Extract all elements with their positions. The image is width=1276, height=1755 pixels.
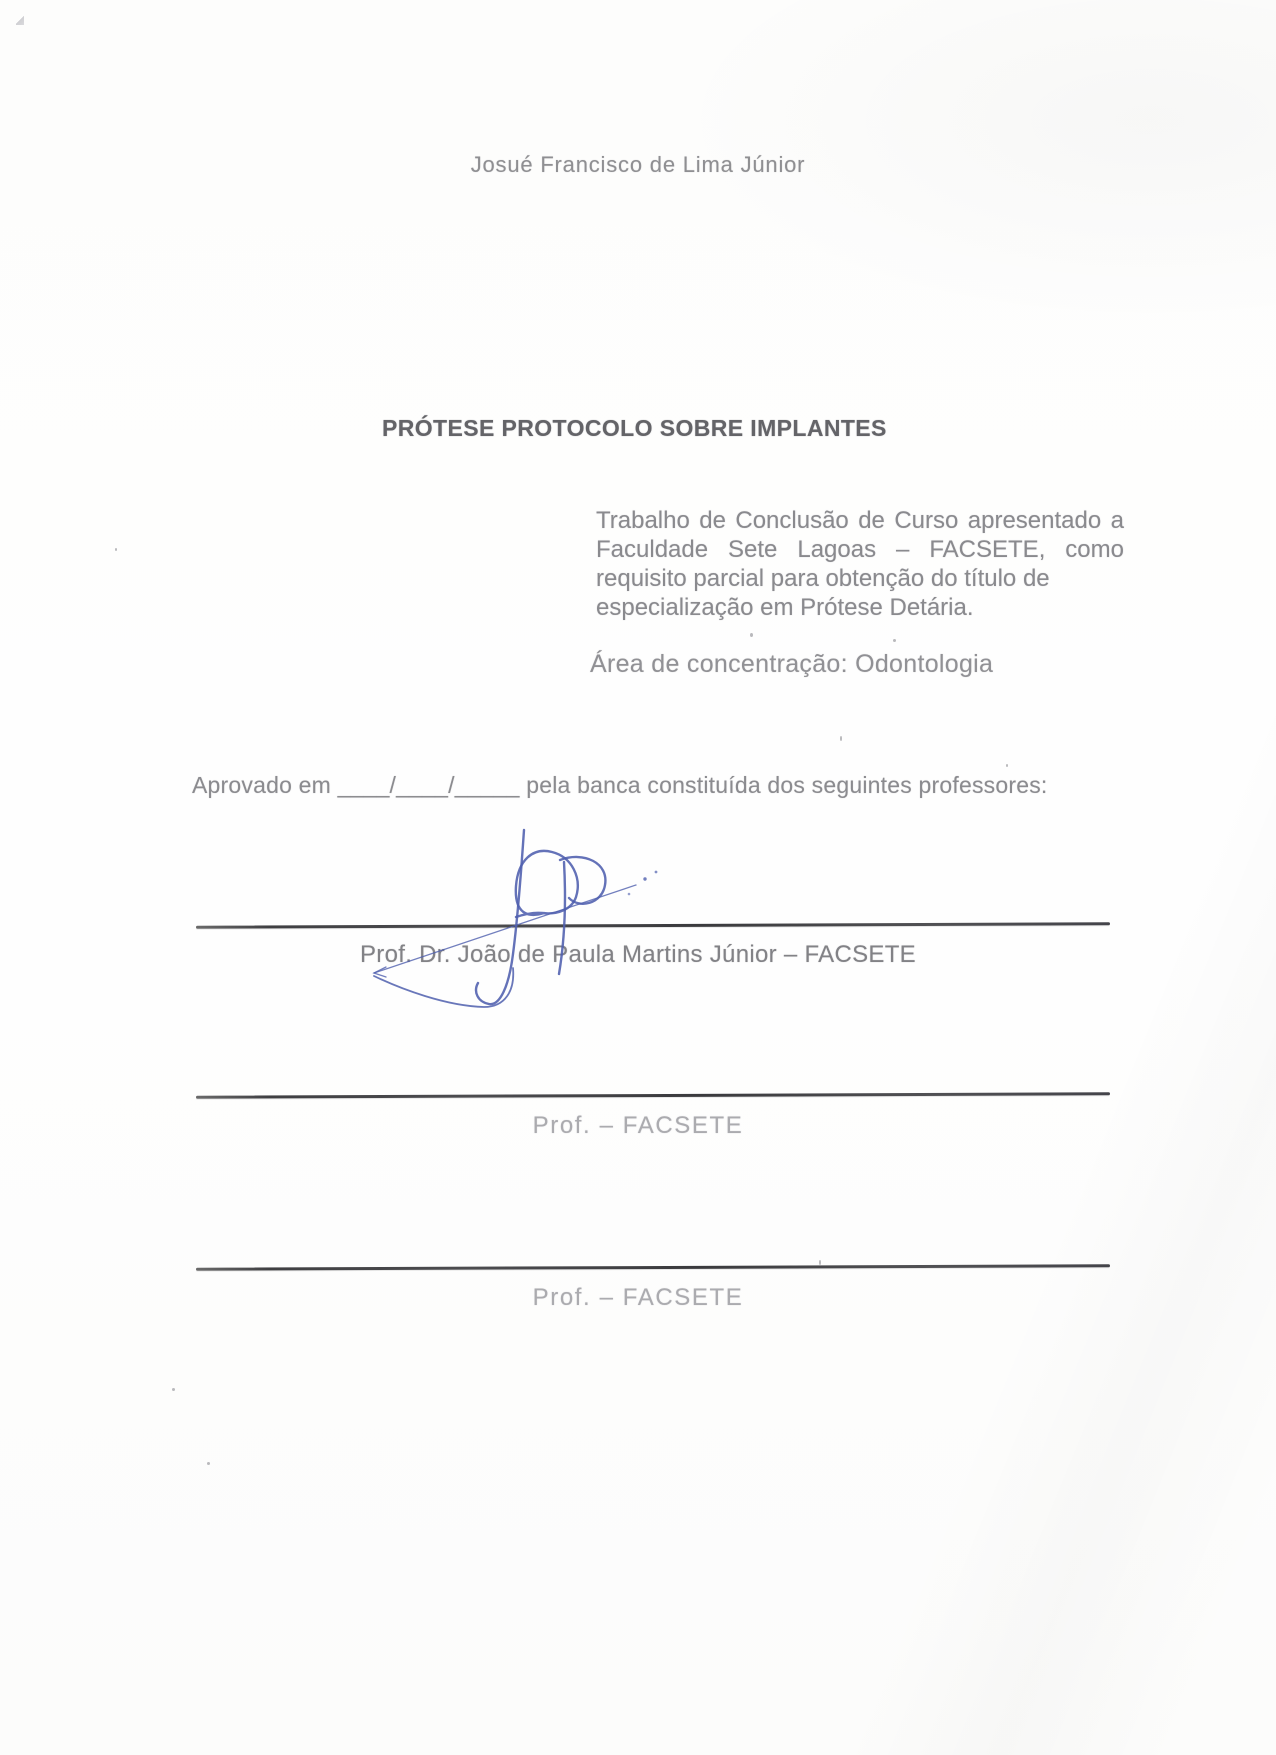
justification-paragraph: Trabalho de Conclusão de Curso apresenta…	[596, 506, 1124, 622]
concentration-area: Área de concentração: Odontologia	[590, 650, 993, 679]
scan-speckle	[893, 639, 896, 642]
signature-line	[196, 1264, 1110, 1271]
justification-line: especialização em Prótese Detária.	[596, 593, 1124, 622]
justification-line: Faculdade Sete Lagoas – FACSETE, como	[596, 535, 1124, 564]
author-name: Josué Francisco de Lima Júnior	[0, 152, 1276, 178]
committee-member-name: Prof. – FACSETE	[0, 1112, 1276, 1140]
scan-speckle	[819, 1260, 821, 1265]
justification-line: Trabalho de Conclusão de Curso apresenta…	[596, 506, 1124, 535]
handwritten-signature	[346, 816, 678, 1018]
committee-member-name: Prof. Dr. João de Paula Martins Júnior –…	[0, 941, 1276, 969]
scan-speckle	[1006, 764, 1008, 767]
signature-line	[196, 1092, 1110, 1099]
signature-line	[196, 922, 1110, 929]
scan-speckle	[750, 633, 753, 637]
scan-speckle	[115, 548, 117, 551]
committee-member-name: Prof. – FACSETE	[0, 1284, 1276, 1312]
thesis-title: PRÓTESE PROTOCOLO SOBRE IMPLANTES	[382, 415, 852, 442]
scan-corner-artifact	[16, 16, 24, 25]
approval-statement: Aprovado em ____/____/_____ pela banca c…	[192, 772, 1102, 799]
justification-line: requisito parcial para obtenção do títul…	[596, 564, 1124, 593]
scan-speckle	[207, 1462, 210, 1465]
scanned-approval-page: Josué Francisco de Lima Júnior PRÓTESE P…	[0, 0, 1276, 1755]
scan-speckle	[172, 1388, 175, 1391]
scan-speckle	[840, 736, 842, 741]
